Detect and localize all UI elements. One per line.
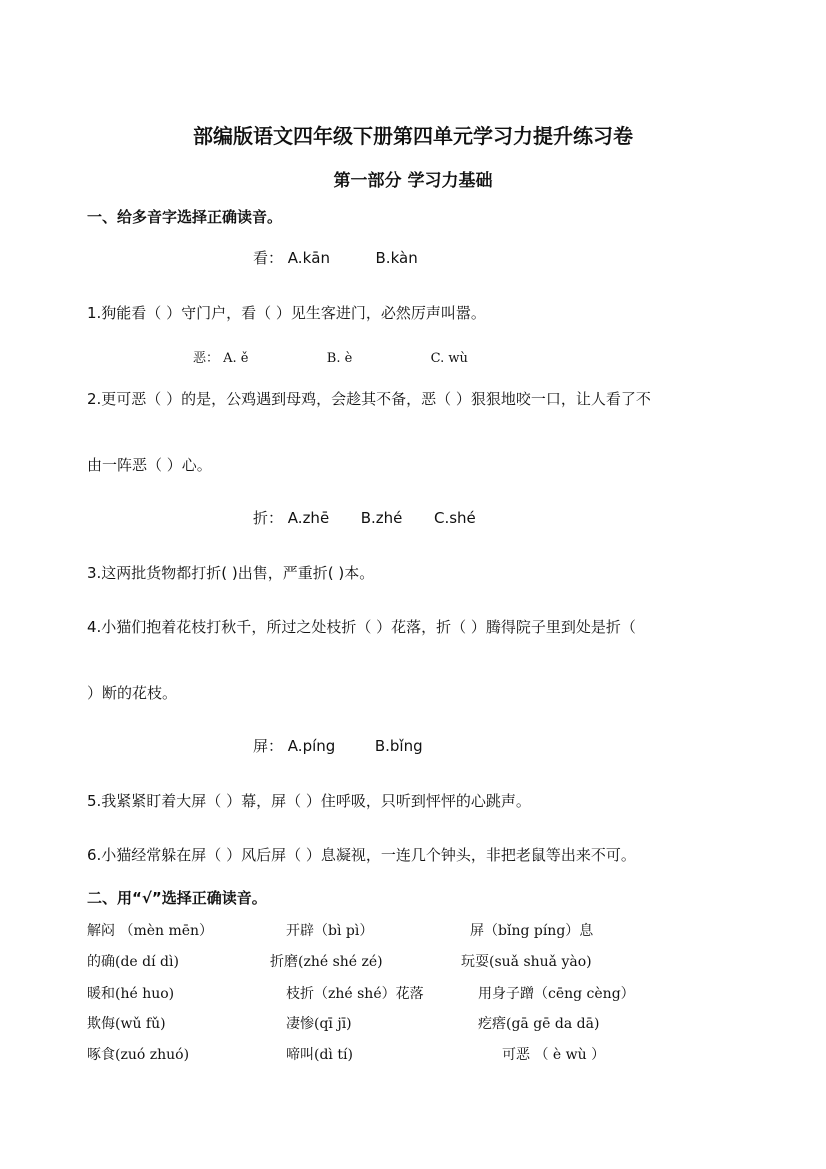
pinyin-item: 枝折（zhé shé）花落 bbox=[286, 983, 424, 1003]
option-char: 折： bbox=[253, 509, 283, 527]
question-5: 5.我紧紧盯着大屏（ ）幕，屏（ ）住呼吸，只听到怦怦的心跳声。 bbox=[87, 790, 531, 811]
pinyin-item: 凄惨(qī jī) bbox=[286, 1013, 352, 1033]
option-c: C. wù bbox=[431, 351, 468, 366]
option-a: A. ě bbox=[223, 351, 248, 366]
option-a: A.píng bbox=[288, 737, 335, 755]
option-b: B.kàn bbox=[376, 249, 418, 267]
pinyin-item: 折磨(zhé shé zé) bbox=[270, 951, 383, 971]
options-line-ping: 屏： A.píng B.bǐng bbox=[253, 735, 423, 756]
pinyin-item: 啄食(zuó zhuó) bbox=[87, 1044, 189, 1064]
pinyin-item: 欺侮(wǔ fǔ) bbox=[87, 1013, 166, 1033]
pinyin-item: 疙瘩(gā gē da dā) bbox=[478, 1013, 599, 1033]
section1-heading: 一、给多音字选择正确读音。 bbox=[87, 206, 282, 227]
question-2-line-1: 2.更可恶（ ）的是，公鸡遇到母鸡，会趁其不备，恶（ ）狠狠地咬一口，让人看了不 bbox=[87, 388, 651, 409]
pinyin-item: 解闷 （mèn mēn） bbox=[87, 920, 213, 940]
option-c: C.shé bbox=[434, 509, 476, 527]
options-line-e: 恶： A. ě B. è C. wù bbox=[193, 347, 468, 366]
option-char: 屏： bbox=[253, 737, 283, 755]
question-1: 1.狗能看（ ）守门户，看（ ）见生客进门，必然厉声叫嚣。 bbox=[87, 302, 486, 323]
option-a: A.zhē bbox=[288, 509, 329, 527]
option-b: B. è bbox=[327, 351, 353, 366]
pinyin-item: 暖和(hé huo) bbox=[87, 983, 174, 1003]
question-3: 3.这两批货物都打折( )出售，严重折( )本。 bbox=[87, 562, 374, 583]
question-4-line-1: 4.小猫们抱着花枝打秋千，所过之处枝折（ ）花落，折（ ）腾得院子里到处是折（ bbox=[87, 616, 636, 637]
question-2-line-2: 由一阵恶（ ）心。 bbox=[87, 454, 212, 475]
option-a: A.kān bbox=[288, 249, 330, 267]
pinyin-item: 玩耍(suǎ shuǎ yào) bbox=[461, 951, 592, 971]
question-4-line-2: ）断的花枝。 bbox=[87, 682, 177, 703]
section2-heading: 二、用“√”选择正确读音。 bbox=[87, 887, 267, 908]
options-line-kan: 看： A.kān B.kàn bbox=[253, 247, 418, 268]
pinyin-item: 的确(de dí dì) bbox=[87, 951, 179, 971]
options-line-zhe: 折： A.zhē B.zhé C.shé bbox=[253, 507, 476, 528]
pinyin-item: 可恶 （ è wù ） bbox=[502, 1044, 605, 1064]
pinyin-item: 啼叫(dì tí) bbox=[286, 1044, 353, 1064]
document-subtitle: 第一部分 学习力基础 bbox=[0, 166, 826, 191]
pinyin-item: 用身子蹭（cēng cèng） bbox=[478, 983, 635, 1003]
option-char: 恶： bbox=[193, 351, 219, 366]
option-b: B.zhé bbox=[361, 509, 403, 527]
question-6: 6.小猫经常躲在屏（ ）风后屏（ ）息凝视，一连几个钟头，非把老鼠等出来不可。 bbox=[87, 844, 636, 865]
option-b: B.bǐng bbox=[375, 737, 423, 755]
pinyin-item: 屏（bǐng píng）息 bbox=[470, 920, 593, 940]
document-title: 部编版语文四年级下册第四单元学习力提升练习卷 bbox=[0, 120, 826, 149]
pinyin-item: 开辟（bì pì） bbox=[286, 920, 373, 940]
option-char: 看： bbox=[253, 249, 283, 267]
